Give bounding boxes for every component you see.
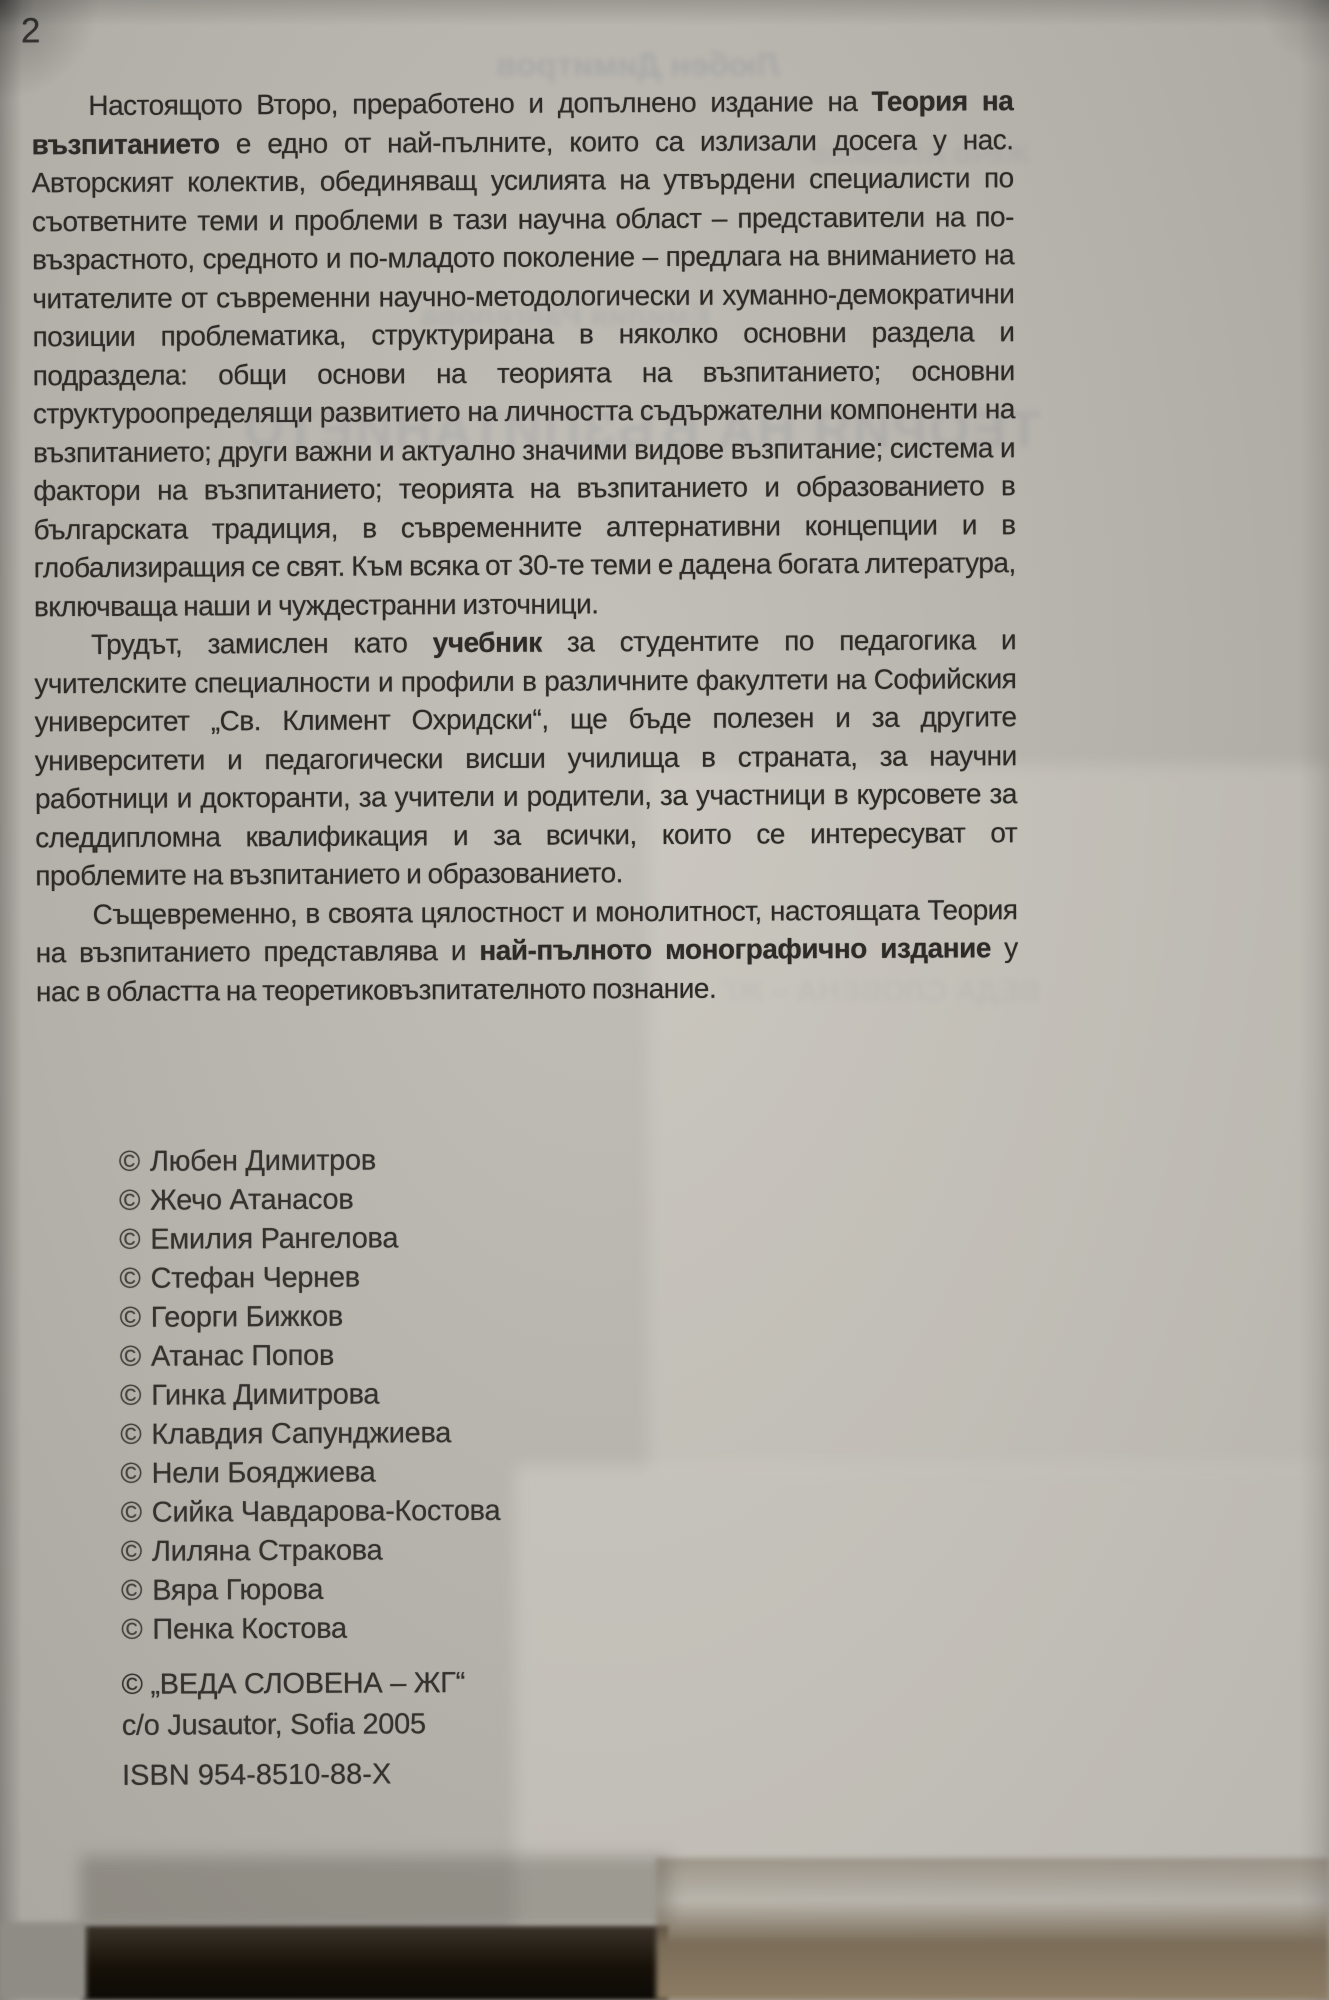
copyright-icon: © (119, 1260, 140, 1299)
author-name: Сийка Чавдарова-Костова (152, 1495, 501, 1529)
author-item: ©Емилия Рангелова (119, 1219, 499, 1260)
author-item: ©Атанас Попов (120, 1336, 500, 1377)
copyright-icon: © (121, 1494, 142, 1533)
paragraph-intro: Настоящото Второ, преработено и допълнен… (31, 82, 1016, 626)
copyright-icon: © (120, 1416, 141, 1455)
text-segment-bold: най-пълното монографично издание (479, 932, 991, 966)
author-name: Пенка Костова (152, 1613, 347, 1646)
publisher-address: c/o Jusautor, Sofia 2005 (122, 1704, 466, 1747)
author-name: Емилия Рангелова (150, 1222, 398, 1255)
author-name: Жечо Атанасов (150, 1184, 353, 1217)
copyright-icon: © (121, 1572, 142, 1611)
scanned-book-page: Любен Димитров Жечо Атанасов Емилия Ранг… (0, 0, 1329, 2000)
author-item: ©Лиляна Стракова (121, 1531, 501, 1572)
author-name: Гинка Димитрова (151, 1378, 379, 1411)
copyright-icon: © (120, 1377, 141, 1416)
page-number: 2 (21, 11, 41, 51)
text-segment: за студентите по педагогика и учителскит… (34, 624, 1017, 891)
paragraph-audience: Трудът, замислен като учебник за студент… (34, 621, 1017, 896)
copyright-icon: © (119, 1182, 140, 1221)
author-name: Любен Димитров (150, 1145, 376, 1178)
author-name: Вяра Гюрова (152, 1574, 323, 1607)
page-content: 2 Настоящото Второ, преработено и допълн… (0, 0, 1329, 2000)
publisher-name: © „ВЕДА СЛОВЕНА – ЖГ“ (121, 1663, 465, 1706)
author-item: ©Стефан Чернев (119, 1258, 499, 1299)
author-name: Атанас Попов (151, 1340, 334, 1373)
author-name: Лиляна Стракова (152, 1534, 383, 1567)
copyright-icon: © (119, 1143, 140, 1182)
author-name: Стефан Чернев (150, 1262, 359, 1295)
copyright-icon: © (120, 1455, 141, 1494)
paragraph-monograph: Същевременно, в своята цялостност и моно… (35, 891, 1018, 1012)
publisher-block: © „ВЕДА СЛОВЕНА – ЖГ“ c/o Jusautor, Sofi… (121, 1663, 465, 1797)
author-name: Клавдия Сапунджиева (151, 1417, 451, 1451)
author-item: ©Сийка Чавдарова-Костова (121, 1492, 501, 1533)
copyright-icon: © (120, 1338, 141, 1377)
copyright-icon: © (121, 1611, 142, 1650)
author-item: ©Гинка Димитрова (120, 1375, 500, 1416)
text-block: Настоящото Второ, преработено и допълнен… (31, 82, 1018, 1011)
author-item: ©Клавдия Сапунджиева (120, 1414, 500, 1455)
text-segment-bold: учебник (433, 627, 542, 659)
author-item: ©Георги Бижков (120, 1297, 500, 1338)
text-segment: е едно от най-пълните, които са излизали… (32, 124, 1016, 622)
author-item: ©Жечо Атанасов (119, 1180, 499, 1221)
copyright-icon: © (121, 1533, 142, 1572)
author-item: ©Любен Димитров (119, 1141, 499, 1182)
author-item: ©Вяра Гюрова (121, 1570, 501, 1611)
author-item: ©Нели Бояджиева (120, 1453, 500, 1494)
isbn: ISBN 954-8510-88-X (122, 1754, 466, 1797)
author-name: Нели Бояджиева (151, 1457, 375, 1490)
copyright-icon: © (120, 1299, 141, 1338)
author-name: Георги Бижков (151, 1301, 343, 1334)
text-segment: Трудът, замислен като (91, 627, 433, 660)
text-segment: Настоящото Второ, преработено и допълнен… (88, 86, 871, 121)
copyright-icon: © (119, 1221, 140, 1260)
author-item: ©Пенка Костова (121, 1609, 501, 1650)
authors-copyright-list: ©Любен Димитров ©Жечо Атанасов ©Емилия Р… (119, 1141, 501, 1650)
